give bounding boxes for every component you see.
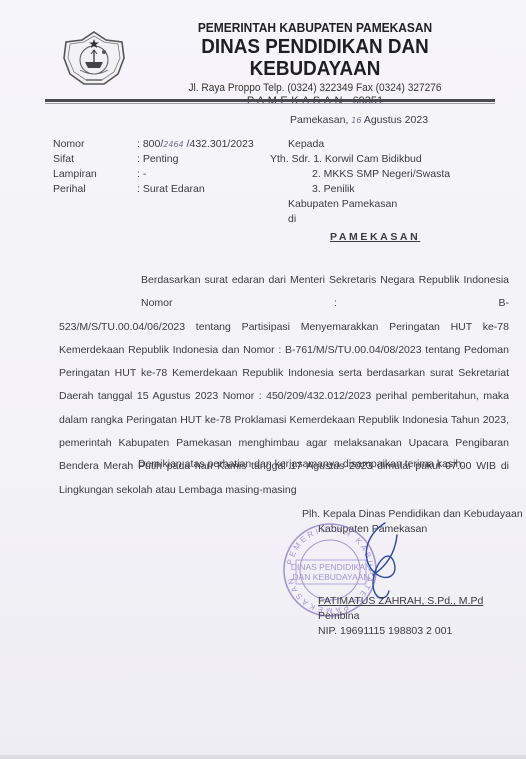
nomor-prefix: : 800/: [137, 138, 163, 150]
letterhead-rule: [45, 99, 495, 102]
handwritten-signature-icon: [345, 515, 415, 605]
recipient-region: Kabupaten Pamekasan: [270, 197, 450, 212]
letterhead: PEMERINTAH KABUPATEN PAMEKASAN DINAS PEN…: [130, 20, 500, 108]
recipient-block: Kepada Yth. Sdr. 1. Korwil Cam Bidikbud …: [270, 137, 450, 245]
recipient-kepada: Kepada: [270, 137, 450, 152]
letter-closing: Demikian atas perhatian dan kerjasamanya…: [138, 458, 464, 470]
recipient-di: di: [270, 212, 450, 227]
signatory-name: FATIMATUS ZAHRAH, S.Pd., M.Pd: [318, 594, 483, 609]
meta-value: : Surat Edaran: [137, 182, 205, 197]
meta-key: Sifat: [53, 152, 137, 167]
nomor-handwritten: 2464: [163, 140, 183, 149]
body-line: 523/M/S/TU.00.04/06/2023 tentang Partisi…: [59, 316, 509, 339]
meta-row-nomor: Nomor : 800/2464 /432.301/2023: [53, 137, 254, 152]
meta-row-lampiran: Lampiran : -: [53, 167, 254, 182]
meta-value: : -: [137, 167, 146, 182]
body-line: Berdasarkan surat edaran dari Menteri Se…: [107, 269, 509, 316]
meta-key: Perihal: [53, 182, 137, 197]
letter-date: Pamekasan, 16 Agustus 2023: [290, 114, 428, 127]
letterhead-rule-thin: [45, 103, 495, 104]
government-name: PEMERINTAH KABUPATEN PAMEKASAN: [145, 20, 485, 35]
meta-key: Nomor: [53, 137, 137, 152]
signatory-block: FATIMATUS ZAHRAH, S.Pd., M.Pd Pembina NI…: [318, 594, 483, 639]
body-line: pemerintah Kabupaten Pamekasan menghimba…: [59, 432, 509, 455]
signatory-rank: Pembina: [318, 609, 483, 624]
recipient-item-1: Yth. Sdr. 1. Korwil Cam Bidikbud: [270, 152, 450, 167]
signatory-nip: NIP. 19691115 198803 2 001: [318, 624, 483, 639]
body-line: Peringatan HUT ke-78 Kemerdekaan Republi…: [59, 362, 509, 385]
body-line: Kemerdekaan Republik Indonesia dan Nomor…: [59, 339, 509, 362]
body-line: Lingkungan sekolah atau Lembaga masing-m…: [59, 479, 509, 502]
date-place: Pamekasan,: [290, 114, 348, 126]
meta-value: : 800/2464 /432.301/2023: [137, 137, 254, 152]
recipient-item-3: 3. Penilik: [270, 182, 450, 197]
letter-meta: Nomor : 800/2464 /432.301/2023 Sifat : P…: [53, 137, 254, 197]
agency-address: Jl. Raya Proppo Telp. (0324) 322349 Fax …: [145, 82, 485, 95]
regency-emblem-icon: [58, 30, 130, 90]
meta-row-perihal: Perihal : Surat Edaran: [53, 182, 254, 197]
agency-name: DINAS PENDIDIKAN DAN KEBUDAYAAN: [145, 36, 485, 80]
letter-page: PEMERINTAH KABUPATEN PAMEKASAN DINAS PEN…: [0, 0, 526, 759]
body-line: dalam rangka Peringatan HUT ke-78 Prokla…: [59, 409, 509, 432]
page-edge: [0, 755, 526, 759]
body-line: Daerah tanggal 15 Agustus 2023 Nomor : 4…: [59, 385, 509, 408]
nomor-suffix: /432.301/2023: [184, 138, 254, 150]
recipient-item-2: 2. MKKS SMP Negeri/Swasta: [270, 167, 450, 182]
meta-key: Lampiran: [53, 167, 137, 182]
meta-value: : Penting: [137, 152, 178, 167]
meta-row-sifat: Sifat : Penting: [53, 152, 254, 167]
recipient-place: PAMEKASAN: [270, 230, 450, 245]
date-month-year: Agustus 2023: [364, 114, 428, 126]
date-day-handwritten: 16: [351, 116, 361, 125]
